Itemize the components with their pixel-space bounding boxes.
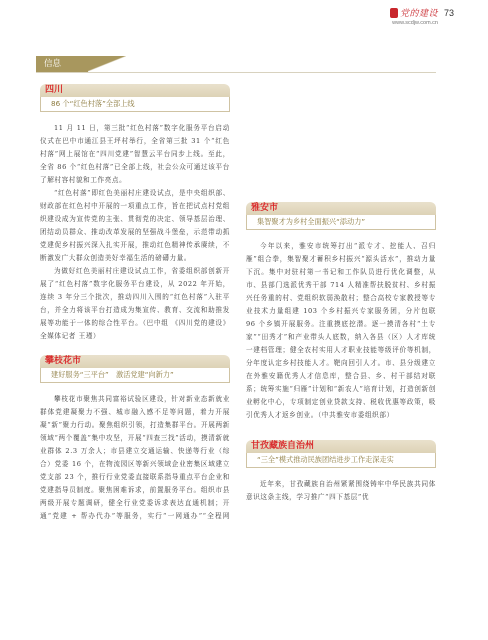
- article-region: 甘孜藏族自治州: [246, 440, 436, 453]
- article-paragraph: 今年以来，雅安市统筹打出“派专才、挖能人、召归雁”组合拳，集智聚才蓄积乡村振兴“…: [246, 240, 436, 422]
- logo-url: www.scdjw.com.cn: [390, 20, 438, 26]
- page-header: 党的建设 www.scdjw.com.cn 73: [0, 0, 488, 52]
- article-header-yaan: 雅安市 集智聚才为乡村全面振兴“添动力”: [246, 202, 436, 230]
- article-paragraph: 攀枝花市聚焦共同富裕试验区建设，针对新业态新就业群体党建凝聚力不强、城市融入感不…: [40, 393, 230, 525]
- logo-emblem-icon: [390, 8, 398, 18]
- article-header-sichuan: 四川 86 个“红色村落”全部上线: [40, 84, 230, 112]
- left-column: 四川 86 个“红色村落”全部上线 11 月 11 日，第三批“红色村落”数字化…: [40, 84, 230, 525]
- article-subtitle: 集智聚才为乡村全面振兴“添动力”: [246, 215, 436, 230]
- logo-title: 党的建设: [400, 6, 438, 19]
- article-body-clip: 攀枝花市聚焦共同富裕试验区建设，针对新业态新就业群体党建凝聚力不强、城市融入感不…: [40, 393, 230, 525]
- article-header-ganzi: 甘孜藏族自治州 “三全”模式推动民族团结进步工作走深走实: [246, 440, 436, 468]
- article-continuation: 攀枝花市聚焦共同富裕试验区建设，针对新业态新就业群体党建凝聚力不强、城市融入感不…: [246, 80, 436, 184]
- article-subtitle: 建好服务“三平台” 激活党建“向新力”: [40, 368, 230, 383]
- article-paragraph: “红色村落”即红色美丽村庄建设试点，是中央组织部、财政部在红色村中开展的一项重点…: [40, 187, 230, 265]
- article-subtitle: “三全”模式推动民族团结进步工作走深走实: [246, 453, 436, 468]
- right-column: 攀枝花市聚焦共同富裕试验区建设，针对新业态新就业群体党建凝聚力不强、城市融入感不…: [246, 80, 436, 504]
- article-paragraph: 11 月 11 日，第三批“红色村落”数字化服务平台启动仪式在巴中市通江县王坪村…: [40, 122, 230, 187]
- article-paragraph: 近年来，甘孜藏族自治州紧紧围绕铸牢中华民族共同体意识这条主线，学习推广“四下基层…: [246, 478, 436, 504]
- article-paragraph: 为做好红色美丽村庄建设试点工作，省委组织部创新开展了“红色村落”数字化服务平台建…: [40, 265, 230, 343]
- article-region: 攀枝花市: [40, 355, 230, 368]
- magazine-logo: 党的建设 www.scdjw.com.cn: [390, 6, 438, 26]
- section-header: 信息: [36, 56, 436, 74]
- article-region: 雅安市: [246, 202, 436, 215]
- article-subtitle: 86 个“红色村落”全部上线: [40, 97, 230, 112]
- article-region: 四川: [40, 84, 230, 97]
- article-header-panzhihua: 攀枝花市 建好服务“三平台” 激活党建“向新力”: [40, 355, 230, 383]
- section-tab: 信息: [36, 56, 88, 72]
- section-divider: [36, 72, 436, 73]
- page-number: 73: [444, 8, 454, 18]
